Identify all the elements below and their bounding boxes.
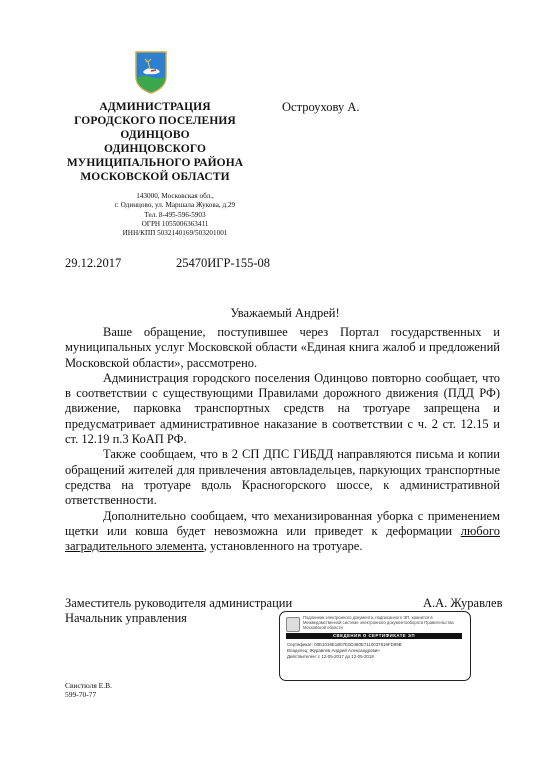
coat-of-arms-icon bbox=[134, 50, 168, 94]
executor-name: Свистюля Е.В. bbox=[65, 681, 112, 690]
moscow-oblast-emblem-icon bbox=[286, 617, 300, 632]
signatory-position: Заместитель руководителя администрации bbox=[65, 596, 292, 611]
recipient: Остроухову А. bbox=[282, 100, 360, 115]
org-line: МУНИЦИПАЛЬНОГО РАЙОНА bbox=[55, 156, 255, 170]
org-line: ОДИНЦОВО bbox=[55, 128, 255, 142]
letter-date: 29.12.2017 bbox=[65, 256, 121, 271]
greeting: Уважаемый Андрей! bbox=[0, 306, 540, 321]
letter-body: Ваше обращение, поступившее через Портал… bbox=[65, 325, 500, 554]
address-line: ИНН/КПП 5032140169/503201001 bbox=[95, 229, 255, 238]
stamp-header: Подлинник электронного документа, подпис… bbox=[303, 615, 465, 631]
certificate-details: Сертификат: 00E1036E1B07E0D480E711003781… bbox=[287, 642, 465, 660]
paragraph: Ваше обращение, поступившее через Портал… bbox=[65, 325, 500, 371]
signatory-position-2: Начальник управления bbox=[65, 611, 187, 626]
address-line: Тел. 8-495-596-5903 bbox=[95, 211, 255, 220]
org-line: МОСКОВСКОЙ ОБЛАСТИ bbox=[55, 170, 255, 184]
signatory-name: А.А. Журавлев bbox=[423, 596, 503, 611]
executor-info: Свистюля Е.В. 599-70-77 bbox=[65, 681, 112, 699]
stamp-title: СВЕДЕНИЯ О СЕРТИФИКАТЕ ЭП bbox=[286, 633, 462, 639]
org-line: ОДИНЦОВСКОГО bbox=[55, 142, 255, 156]
org-line: ГОРОДСКОГО ПОСЕЛЕНИЯ bbox=[55, 114, 255, 128]
address-line: 143000, Московская обл., bbox=[95, 192, 255, 201]
registration-number: 25470ИГР-155-08 bbox=[176, 256, 270, 271]
paragraph-text: , установленного на тротуаре. bbox=[204, 539, 363, 553]
paragraph: Администрация городского поселения Одинц… bbox=[65, 371, 500, 447]
paragraph-text: Дополнительно сообщаем, что механизирова… bbox=[65, 509, 500, 538]
address-line: ОГРН 1055006363411 bbox=[95, 220, 255, 229]
paragraph: Дополнительно сообщаем, что механизирова… bbox=[65, 509, 500, 555]
organization-address: 143000, Московская обл., г. Одинцово, ул… bbox=[95, 192, 255, 238]
executor-phone: 599-70-77 bbox=[65, 690, 112, 699]
address-line: г. Одинцово, ул. Маршала Жукова, д.29 bbox=[95, 201, 255, 210]
paragraph: Также сообщаем, что в 2 СП ДПС ГИБДД нап… bbox=[65, 447, 500, 508]
e-signature-stamp: Подлинник электронного документа, подпис… bbox=[279, 611, 471, 681]
org-line: АДМИНИСТРАЦИЯ bbox=[55, 100, 255, 114]
organization-name: АДМИНИСТРАЦИЯ ГОРОДСКОГО ПОСЕЛЕНИЯ ОДИНЦ… bbox=[55, 100, 255, 184]
certificate-validity: Действителен: с 12-05-2017 до 12-05-2018 bbox=[287, 654, 465, 660]
